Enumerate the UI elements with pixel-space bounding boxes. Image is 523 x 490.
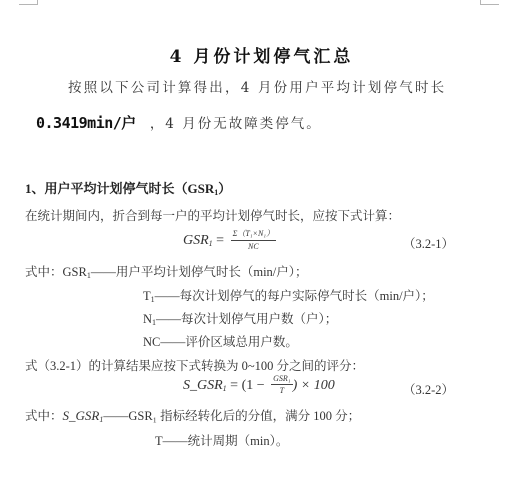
section-description: 在统计期间内，折合到每一户的平均计划停气时长，应按下式计算： [25, 206, 400, 224]
section-heading: 1、用户平均计划停气时长（GSR1） [25, 178, 231, 197]
formula-gsr1: GSR1 = Σ（T₁×N₁）NC [183, 228, 276, 251]
conversion-text: 式（3.2-1）的计算结果应按下式转换为 0~100 分之间的评分： [25, 356, 364, 374]
intro-line-1: 按照以下公司计算得出，4 月份用户平均计划停气时长 [68, 76, 446, 96]
page-corner-mark-right [480, 0, 499, 5]
document-title: 4 月份计划停气汇总 [0, 42, 523, 67]
equation-number-2: （3.2-2） [403, 380, 454, 398]
equation-number-1: （3.2-1） [403, 234, 454, 252]
definition-t1: T1——每次计划停气的每户实际停气时长（min/户）； [143, 286, 434, 304]
definition-gsr1: 式中：GSR1——用户平均计划停气时长（min/户）； [25, 262, 308, 280]
formula-s-gsr1: S_GSR1 = (1 − GSR₁T) × 100 [183, 374, 335, 395]
average-outage-value: 0.3419min/户 [36, 114, 136, 132]
definition-t: T——统计周期（min）。 [155, 431, 288, 449]
intro-line-2: 0.3419min/户，4 月份无故障类停气。 [36, 112, 322, 133]
definition-s-gsr1: 式中：S_GSR1——GSR₁ 指标经转化后的分值，满分 100 分； [25, 406, 360, 424]
definition-nc: NC——评价区域总用户数。 [143, 332, 298, 350]
page-corner-mark-left [19, 0, 38, 5]
intro-line-2-rest: ，4 月份无故障类停气。 [150, 116, 322, 132]
definition-n1: N1——每次计划停气用户数（户）； [143, 309, 337, 327]
